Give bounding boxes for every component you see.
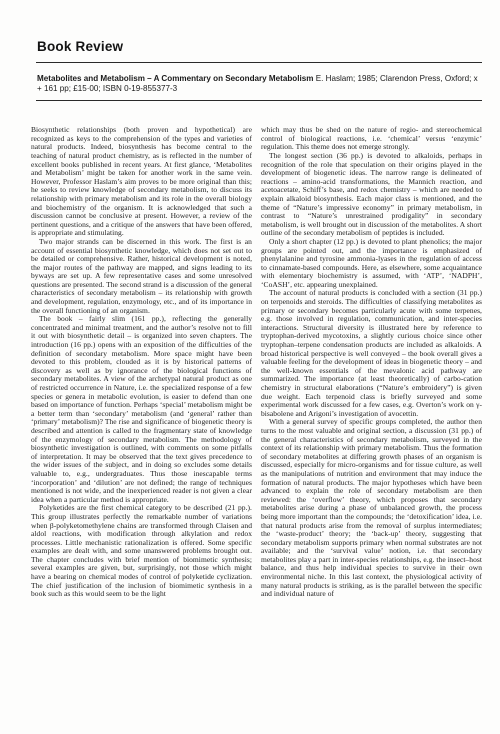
- review-paragraph: The account of natural products is concl…: [261, 289, 482, 418]
- left-column: Biosynthetic relationships (both proven …: [31, 126, 252, 671]
- review-paragraph: which may thus be shed on the nature of …: [261, 126, 482, 152]
- right-column: which may thus be shed on the nature of …: [261, 126, 482, 671]
- book-citation: Metabolites and Metabolism – A Commentar…: [37, 74, 483, 93]
- page-title: Book Review: [0, 0, 500, 54]
- review-paragraph: The book – fairly slim (161 pp.), reflec…: [31, 315, 252, 504]
- review-paragraph: Two major strands can be discerned in th…: [31, 238, 252, 315]
- review-paragraph: The longest section (36 pp.) is devoted …: [261, 152, 482, 238]
- journal-page: Book Review Metabolites and Metabolism –…: [0, 0, 500, 734]
- review-paragraph: Polyketides are the first chemical categ…: [31, 504, 252, 599]
- divider-top: [36, 62, 482, 63]
- review-paragraph: Only a short chapter (12 pp.) is devoted…: [261, 238, 482, 290]
- review-body: Biosynthetic relationships (both proven …: [31, 126, 482, 671]
- divider-bottom: [36, 100, 482, 101]
- review-paragraph: Biosynthetic relationships (both proven …: [31, 126, 252, 238]
- book-citation-title: Metabolites and Metabolism – A Commentar…: [37, 74, 313, 83]
- review-paragraph: With a general survey of specific groups…: [261, 418, 482, 598]
